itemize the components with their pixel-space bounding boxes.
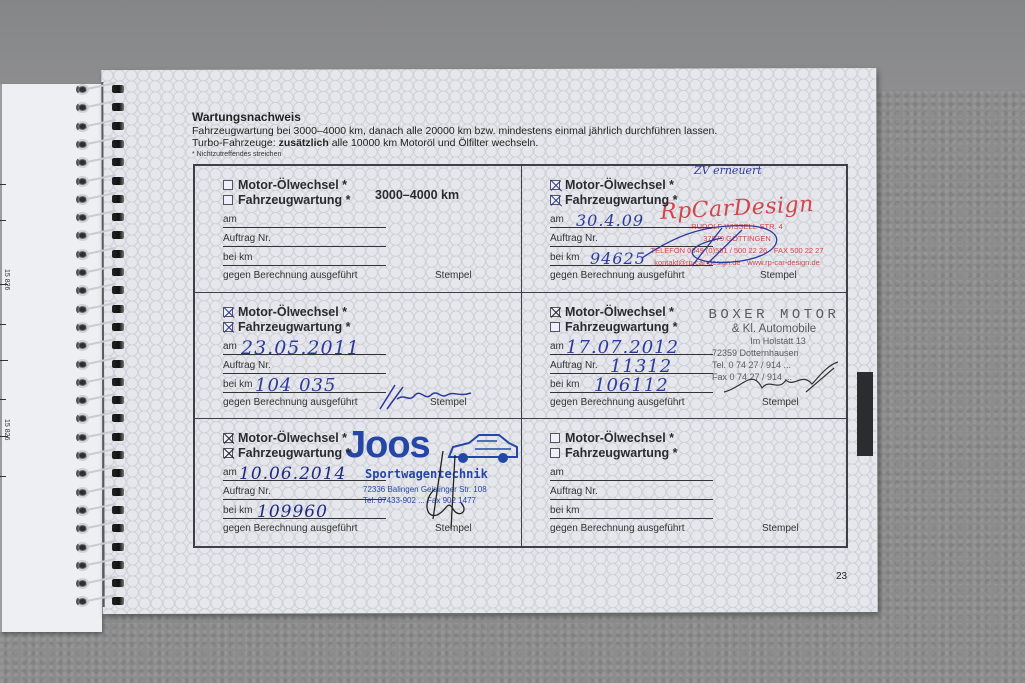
date-field[interactable]: am10.06.2014 xyxy=(223,467,386,481)
order-number-field[interactable]: Auftrag Nr. xyxy=(223,486,386,500)
spiral-coil xyxy=(76,560,128,571)
spiral-coil xyxy=(76,377,128,388)
spiral-coil xyxy=(76,322,128,333)
spiral-coil xyxy=(76,340,128,351)
page-tab-marker xyxy=(857,372,873,456)
mileage-field[interactable]: bei km94625 xyxy=(550,252,713,266)
mileage-field[interactable]: bei km104 035 xyxy=(223,379,386,393)
mileage-range: 3000–4000 km xyxy=(375,188,459,202)
checkbox-checked-icon[interactable] xyxy=(223,448,233,458)
date-field[interactable]: am17.07.2012 xyxy=(550,341,713,355)
date-field[interactable]: am xyxy=(223,214,386,228)
spiral-coil xyxy=(76,121,128,132)
checkbox-icon[interactable] xyxy=(223,195,233,205)
checkbox-checked-icon[interactable] xyxy=(550,195,560,205)
service-entry: Joos Sportwagentechnik 72336 Balingen Ge… xyxy=(195,419,522,546)
oil-change-option[interactable]: Motor-Ölwechsel * xyxy=(223,431,347,445)
checkbox-icon[interactable] xyxy=(550,448,560,458)
mileage-field[interactable]: bei km xyxy=(223,252,386,266)
spiral-coil xyxy=(76,212,128,223)
order-number-field[interactable]: Auftrag Nr. xyxy=(550,233,713,247)
oil-change-option[interactable]: Motor-Ölwechsel * xyxy=(223,178,347,192)
service-entry: Motor-Ölwechsel * Fahrzeugwartung * am23… xyxy=(195,293,522,419)
service-option[interactable]: Fahrzeugwartung * xyxy=(223,193,351,207)
spiral-coil xyxy=(76,194,128,205)
intro-text: Fahrzeugwartung bei 3000–4000 km, danach… xyxy=(192,125,717,137)
ruler-tick xyxy=(0,476,6,477)
service-entry: Motor-Ölwechsel * Fahrzeugwartung * 3000… xyxy=(195,166,522,293)
signature-icon xyxy=(722,358,842,398)
page-title: Wartungsnachweis xyxy=(192,110,301,124)
spiral-coil xyxy=(76,468,128,479)
spiral-coil xyxy=(76,413,128,424)
date-field[interactable]: am30.4.09 xyxy=(550,214,713,228)
spiral-coil xyxy=(76,542,128,553)
ruler-tick xyxy=(0,324,6,325)
service-entry-grid: Motor-Ölwechsel * Fahrzeugwartung * 3000… xyxy=(193,164,848,548)
spiral-coil xyxy=(76,304,128,315)
ruler-tick xyxy=(0,220,6,221)
date-field[interactable]: am23.05.2011 xyxy=(223,341,386,355)
turbo-note: Turbo-Fahrzeuge: zusätzlich alle 10000 k… xyxy=(192,137,538,149)
stamp-label: Stempel xyxy=(762,397,799,408)
spiral-coil xyxy=(76,523,128,534)
billing-label: gegen Berechnung ausgeführt xyxy=(223,523,358,534)
footnote: * Nichtzutreffendes streichen xyxy=(192,151,281,158)
service-entry: RpCarDesign RUDOLF-WISSELL-STR. 4 37079 … xyxy=(522,166,848,293)
checkbox-icon[interactable] xyxy=(550,322,560,332)
oil-change-option[interactable]: Motor-Ölwechsel * xyxy=(223,305,347,319)
spiral-coil xyxy=(76,267,128,278)
spiral-binding xyxy=(76,84,128,624)
spiral-coil xyxy=(76,230,128,241)
order-number-field[interactable]: Auftrag Nr.11312 xyxy=(550,360,713,374)
service-entry: Motor-Ölwechsel * Fahrzeugwartung * am A… xyxy=(522,419,848,546)
stamp-label: Stempel xyxy=(762,523,799,534)
spiral-coil xyxy=(76,450,128,461)
date-field[interactable]: am xyxy=(550,467,713,481)
checkbox-checked-icon[interactable] xyxy=(223,322,233,332)
ruler-label: 15 826 xyxy=(3,269,10,290)
billing-label: gegen Berechnung ausgeführt xyxy=(550,270,685,281)
spiral-coil xyxy=(76,157,128,168)
stamp-label: Stempel xyxy=(435,270,472,281)
spiral-coil xyxy=(76,84,128,95)
mileage-field[interactable]: bei km xyxy=(550,505,713,519)
oil-change-option[interactable]: Motor-Ölwechsel * xyxy=(550,178,674,192)
billing-label: gegen Berechnung ausgeführt xyxy=(550,397,685,408)
billing-label: gegen Berechnung ausgeführt xyxy=(223,270,358,281)
stamp-label: Stempel xyxy=(435,523,472,534)
checkbox-checked-icon[interactable] xyxy=(223,433,233,443)
ruler-tick xyxy=(0,184,6,185)
service-option[interactable]: Fahrzeugwartung * xyxy=(550,446,678,460)
spiral-coil xyxy=(76,505,128,516)
checkbox-checked-icon[interactable] xyxy=(223,307,233,317)
spiral-coil xyxy=(76,285,128,296)
handwritten-note: ZV erneuert xyxy=(694,164,762,177)
spiral-coil xyxy=(76,176,128,187)
spiral-coil xyxy=(76,139,128,150)
spiral-coil xyxy=(76,395,128,406)
mileage-field[interactable]: bei km109960 xyxy=(223,505,386,519)
checkbox-icon[interactable] xyxy=(223,180,233,190)
page-number: 23 xyxy=(836,571,847,582)
spiral-coil xyxy=(76,487,128,498)
stamp-label: Stempel xyxy=(430,397,467,408)
stamp-label: Stempel xyxy=(760,270,797,281)
ruler-tick xyxy=(0,360,8,361)
oil-change-option[interactable]: Motor-Ölwechsel * xyxy=(550,305,674,319)
ruler-label: 15 826 xyxy=(3,419,10,440)
service-entry: BOXER MOTOR & Kl. Automobile Im Holstatt… xyxy=(522,293,848,419)
checkbox-icon[interactable] xyxy=(550,433,560,443)
order-number-field[interactable]: Auftrag Nr. xyxy=(223,233,386,247)
spiral-coil xyxy=(76,359,128,370)
service-option[interactable]: Fahrzeugwartung * xyxy=(550,320,678,334)
billing-label: gegen Berechnung ausgeführt xyxy=(550,523,685,534)
spiral-coil xyxy=(76,596,128,607)
spiral-coil xyxy=(76,432,128,443)
ruler-tick xyxy=(0,399,6,400)
spiral-coil xyxy=(76,578,128,589)
oil-change-option[interactable]: Motor-Ölwechsel * xyxy=(550,431,674,445)
checkbox-checked-icon[interactable] xyxy=(550,307,560,317)
service-option[interactable]: Fahrzeugwartung * xyxy=(223,446,351,460)
spiral-coil xyxy=(76,249,128,260)
mileage-field[interactable]: bei km106112 xyxy=(550,379,713,393)
service-option[interactable]: Fahrzeugwartung * xyxy=(223,320,351,334)
order-number-field[interactable]: Auftrag Nr. xyxy=(550,486,713,500)
order-number-field[interactable]: Auftrag Nr. xyxy=(223,360,386,374)
spiral-coil xyxy=(76,102,128,113)
checkbox-checked-icon[interactable] xyxy=(550,180,560,190)
service-option[interactable]: Fahrzeugwartung * xyxy=(550,193,678,207)
billing-label: gegen Berechnung ausgeführt xyxy=(223,397,358,408)
